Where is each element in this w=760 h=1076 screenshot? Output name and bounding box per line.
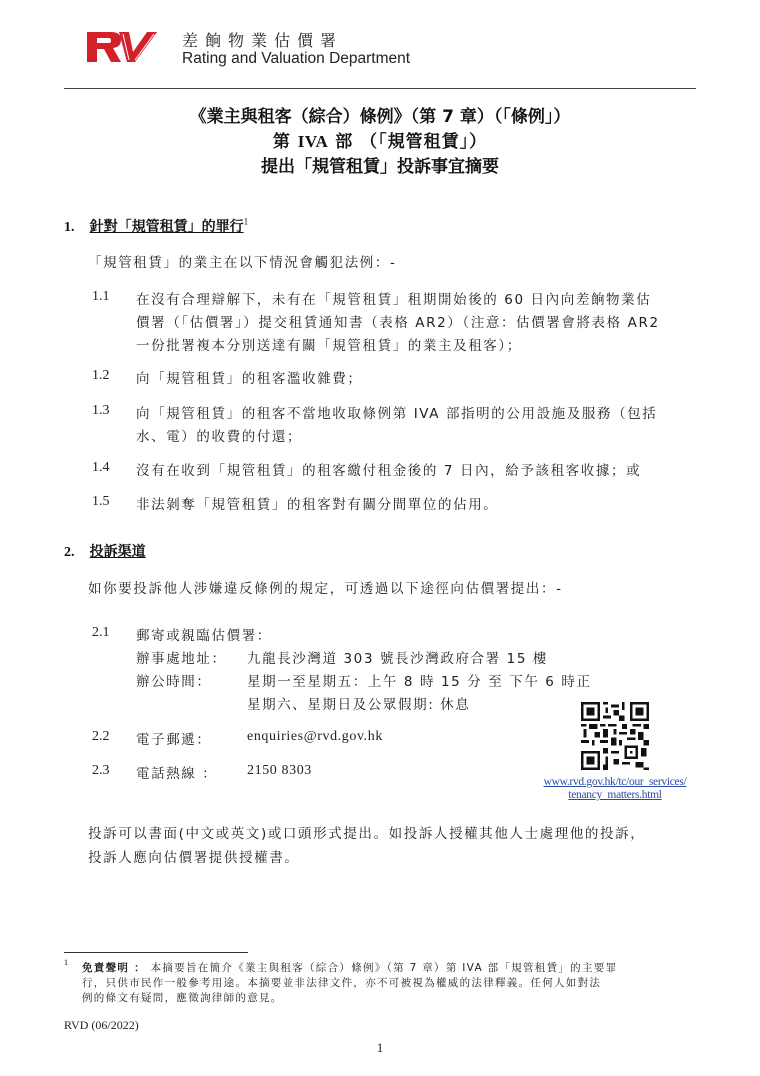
hours-weekday: 星期一至星期五：上午 8 時 15 分 至 下午 6 時正 [247, 670, 592, 690]
doc-title-line2: 第 IVA 部 （「規管租賃」） [0, 127, 760, 152]
item-1-1-line2: 價署（「估價署」）提交租賃通知書（表格 AR2）（注意：估價署會將表格 AR2 [136, 311, 660, 331]
section2-title: 投訴渠道 [90, 544, 146, 560]
section1-heading: 1. 針對「規管租賃」的罪行1 [64, 216, 249, 236]
footnote-line1: 免責聲明 ： 本摘要旨在簡介《業主與租客（綜合）條例》（第 7 章）第 IVA … [82, 960, 617, 975]
item-number: 1.2 [92, 368, 110, 384]
item-number: 2.1 [92, 625, 110, 641]
doc-title-line3: 提出「規管租賃」投訴事宜摘要 [0, 152, 760, 177]
item-1-3-line1: 向「規管租賃」的租客不當地收取條例第 IVA 部指明的公用設施及服務（包括 [136, 402, 657, 422]
footnote-divider [64, 952, 248, 953]
org-name-zh: 差餉物業估價署 [182, 28, 343, 51]
footnote-ref: 1 [244, 217, 249, 227]
disclaimer-label: 免責聲明 ： [82, 962, 146, 974]
item-1-1-line3: 一份批署複本分別送達有關「規管租賃」的業主及租客）； [136, 334, 522, 354]
item-number: 2.3 [92, 763, 110, 779]
item-number: 1.5 [92, 494, 110, 510]
page-number: 1 [0, 1040, 760, 1056]
footnote-line3: 例的條文有疑問，應徵詢律師的意見。 [82, 990, 283, 1005]
closing-line2: 投訴人應向估價署提供授權書。 [88, 846, 299, 866]
footnote-marker: 1 [64, 958, 68, 967]
rvd-logo [85, 30, 157, 64]
document-code: RVD (06/2022) [64, 1018, 139, 1033]
item-number: 2.2 [92, 729, 110, 745]
hotline-label: 電話熱線 ： [136, 762, 217, 782]
header-divider [64, 88, 696, 89]
item-number: 1.1 [92, 289, 110, 305]
item-2-1-label: 郵寄或親臨估價署： [136, 624, 272, 644]
item-1-3-line2: 水、電）的收費的付還； [136, 425, 302, 445]
qr-code[interactable] [581, 702, 649, 770]
address-value: 九龍長沙灣道 303 號長沙灣政府合署 15 樓 [247, 647, 548, 667]
address-label: 辦事處地址： [136, 647, 227, 667]
section1-intro: 「規管租賃」的業主在以下情況會觸犯法例：- [88, 251, 396, 271]
tenancy-matters-link[interactable]: www.rvd.gov.hk/tc/our_services/ tenancy_… [520, 776, 710, 802]
item-1-4-line1: 沒有在收到「規管租賃」的租客繳付租金後的 7 日內，給予該租客收據；或 [136, 459, 641, 479]
hours-weekend: 星期六、星期日及公眾假期: 休息 [247, 693, 470, 713]
item-1-2-line1: 向「規管租賃」的租客濫收雜費； [136, 367, 363, 387]
item-1-1-line1: 在沒有合理辯解下，未有在「規管租賃」租期開始後的 60 日內向差餉物業估 [136, 288, 651, 308]
doc-title-line1: 《業主與租客（綜合）條例》（第 7 章）（「條例」） [0, 102, 760, 127]
hotline-number: 2150 8303 [247, 763, 312, 779]
org-name-en: Rating and Valuation Department [182, 50, 410, 68]
closing-line1: 投訴可以書面(中文或英文)或口頭形式提出。如投訴人授權其他人士處理他的投訴， [88, 822, 645, 842]
footnote-line2: 行，只供市民作一般參考用途。本摘要並非法律文件，亦不可被視為權威的法律釋義。任何… [82, 975, 601, 990]
section1-title: 針對「規管租賃」的罪行 [90, 219, 244, 235]
item-number: 1.3 [92, 403, 110, 419]
email-label: 電子郵遞： [136, 728, 212, 748]
email-address[interactable]: enquiries@rvd.gov.hk [247, 729, 383, 745]
section2-intro: 如你要投訴他人涉嫌違反條例的規定，可透過以下途徑向估價署提出：- [88, 577, 563, 597]
part-number: IVA [298, 132, 328, 151]
item-number: 1.4 [92, 460, 110, 476]
hours-label: 辦公時間： [136, 670, 212, 690]
item-1-5-line1: 非法剝奪「規管租賃」的租客對有關分間單位的佔用。 [136, 493, 498, 513]
section2-heading: 2. 投訴渠道 [64, 541, 146, 561]
